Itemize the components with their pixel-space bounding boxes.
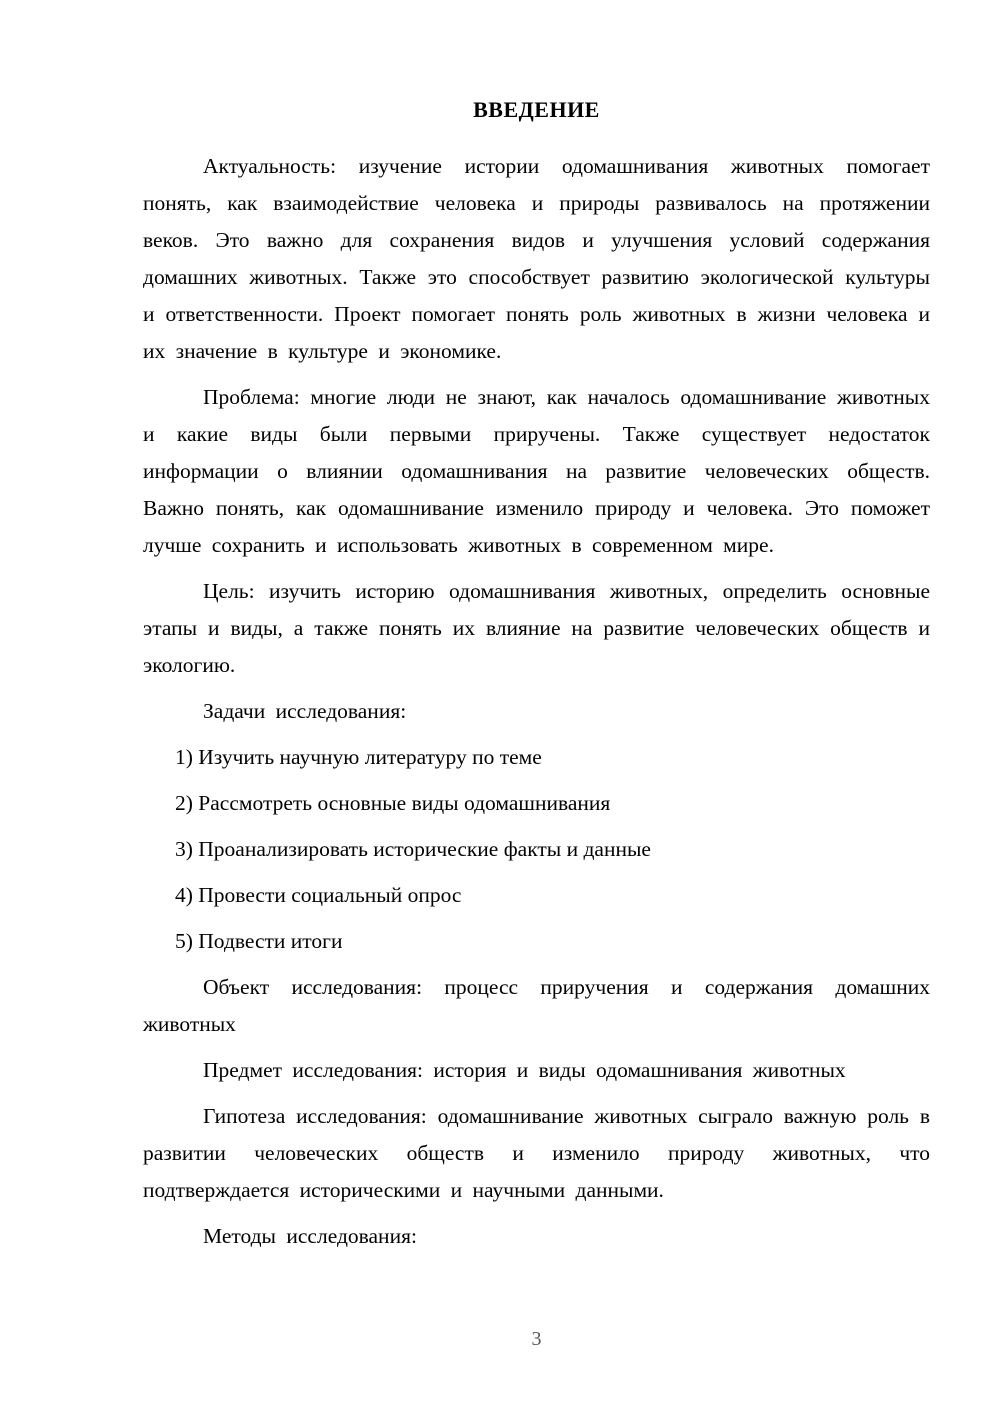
paragraph-hypothesis: Гипотеза исследования: одомашнивание жив… bbox=[143, 1098, 930, 1209]
task-item-3: 3) Проанализировать исторические факты и… bbox=[175, 831, 930, 868]
task-item-4: 4) Провести социальный опрос bbox=[175, 877, 930, 914]
page-number: 3 bbox=[143, 1326, 930, 1352]
document-page: ВВЕДЕНИЕ Актуальность: изучение истории … bbox=[0, 0, 1000, 1414]
methods-heading: Методы исследования: bbox=[143, 1218, 930, 1255]
document-content: ВВЕДЕНИЕ Актуальность: изучение истории … bbox=[143, 0, 930, 1264]
paragraph-actuality: Актуальность: изучение истории одомашнив… bbox=[143, 148, 930, 370]
paragraph-problem: Проблема: многие люди не знают, как нача… bbox=[143, 379, 930, 564]
task-list: 1) Изучить научную литературу по теме 2)… bbox=[143, 739, 930, 960]
page-title: ВВЕДЕНИЕ bbox=[143, 96, 930, 124]
task-item-2: 2) Рассмотреть основные виды одомашниван… bbox=[175, 785, 930, 822]
paragraph-object: Объект исследования: процесс приручения … bbox=[143, 969, 930, 1043]
task-item-1: 1) Изучить научную литературу по теме bbox=[175, 739, 930, 776]
paragraph-goal: Цель: изучить историю одомашнивания живо… bbox=[143, 573, 930, 684]
paragraph-subject: Предмет исследования: история и виды одо… bbox=[143, 1052, 930, 1089]
tasks-heading: Задачи исследования: bbox=[143, 693, 930, 730]
task-item-5: 5) Подвести итоги bbox=[175, 923, 930, 960]
